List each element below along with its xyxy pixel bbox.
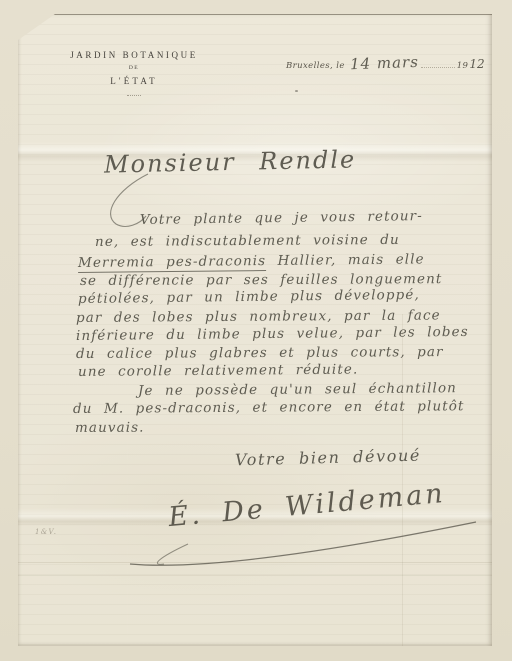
species-line-rest: Hallier, mais elle — [277, 251, 424, 269]
handwritten-line: une corolle relativement réduite. — [78, 362, 358, 380]
handwritten-line: Votre plante que je vous retour- — [140, 208, 423, 228]
species-name-underlined: Merremia pes-draconis — [78, 253, 266, 273]
handwritten-line: du M. pes-draconis, et encore en état pl… — [73, 398, 465, 417]
dateline-printed-year: 19 — [457, 61, 469, 71]
signature: É. De Wildeman — [167, 478, 447, 533]
dateline-dotted-rule — [421, 66, 455, 68]
letterhead-ornament — [127, 95, 141, 97]
ink-speck — [295, 90, 298, 92]
handwritten-line: par des lobes plus nombreux, par la face — [76, 307, 441, 326]
dateline: Bruxelles, le 14 mars 19 12 — [286, 54, 485, 72]
letter-paper: JARDIN BOTANIQUE DE L'ÉTAT Bruxelles, le… — [18, 14, 492, 646]
paper-top-edge — [52, 14, 492, 15]
dateline-handwritten-year: 12 — [469, 57, 484, 71]
letterhead-org-line1: JARDIN BOTANIQUE — [48, 50, 220, 60]
salutation: Monsieur Rendle — [104, 145, 357, 178]
fold-crease — [402, 314, 403, 646]
handwritten-line: Merremia pes-draconis Hallier, mais elle — [78, 251, 425, 271]
handwritten-line: pétiolées, par un limbe plus développé, — [78, 287, 420, 307]
handwritten-line: inférieure du limbe plus velue, par les … — [76, 324, 469, 344]
document-scan: JARDIN BOTANIQUE DE L'ÉTAT Bruxelles, le… — [0, 0, 512, 661]
handwritten-line: du calice plus glabres et plus courts, p… — [76, 344, 444, 362]
letterhead: JARDIN BOTANIQUE DE L'ÉTAT — [48, 50, 220, 97]
letterhead-org-line3: L'ÉTAT — [48, 76, 220, 86]
handwritten-line: mauvais. — [75, 420, 145, 436]
handwritten-line: Je ne possède qu'un seul échantillon — [138, 380, 457, 399]
dateline-handwritten-date: 14 mars — [350, 53, 419, 73]
fold-crease — [18, 562, 492, 576]
closing-valediction: Votre bien dévoué — [235, 446, 421, 470]
letterhead-org-line2: DE — [48, 65, 220, 71]
dateline-printed-place: Bruxelles, le — [286, 61, 345, 71]
handwritten-line: ne, est indiscutablement voisine du — [95, 232, 400, 250]
pencil-annotation: 1&V. — [35, 528, 57, 536]
